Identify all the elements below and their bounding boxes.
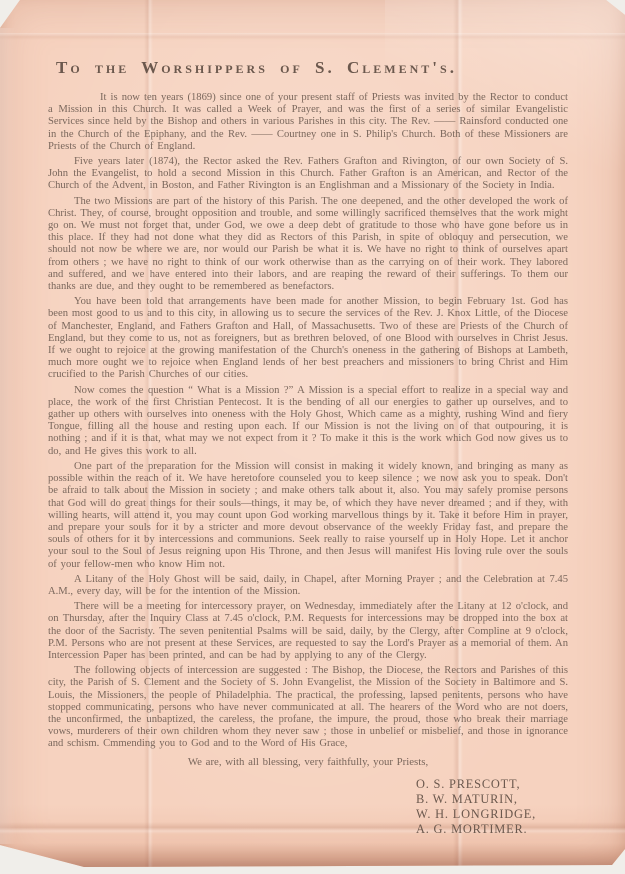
letter-paragraphs: It is now ten years (1869) since one of … — [48, 92, 568, 751]
letter-title: To the Worshippers of S. Clement's. — [56, 58, 568, 78]
fold-crease-horizontal-top — [0, 33, 625, 40]
paragraph: There will be a meeting for intercessory… — [48, 601, 568, 662]
signature-line: O. S. PRESCOTT, — [416, 777, 568, 792]
edge-highlight-left — [0, 28, 16, 844]
signature-block: O. S. PRESCOTT,B. W. MATURIN,W. H. LONGR… — [416, 777, 568, 837]
paragraph: Now comes the question “ What is a Missi… — [48, 385, 568, 458]
paragraph: You have been told that arrangements hav… — [48, 296, 568, 381]
paragraph: The following objects of intercession ar… — [48, 665, 568, 750]
paragraph: A Litany of the Holy Ghost will be said,… — [48, 574, 568, 598]
signature-line: B. W. MATURIN, — [416, 792, 568, 807]
signature-line: W. H. LONGRIDGE, — [416, 807, 568, 822]
paragraph: The two Missions are part of the history… — [48, 196, 568, 294]
scanned-letter: To the Worshippers of S. Clement's. It i… — [0, 0, 625, 874]
paragraph: It is now ten years (1869) since one of … — [48, 92, 568, 153]
bottom-edge-shadow — [0, 843, 625, 867]
letter-content: To the Worshippers of S. Clement's. It i… — [48, 58, 568, 837]
paragraph: Five years later (1874), the Rector aske… — [48, 156, 568, 193]
letter-paper: To the Worshippers of S. Clement's. It i… — [0, 0, 625, 874]
letter-closing: We are, with all blessing, very faithful… — [48, 756, 568, 769]
paragraph: One part of the preparation for the Miss… — [48, 461, 568, 571]
signature-line: A. G. MORTIMER. — [416, 822, 568, 837]
